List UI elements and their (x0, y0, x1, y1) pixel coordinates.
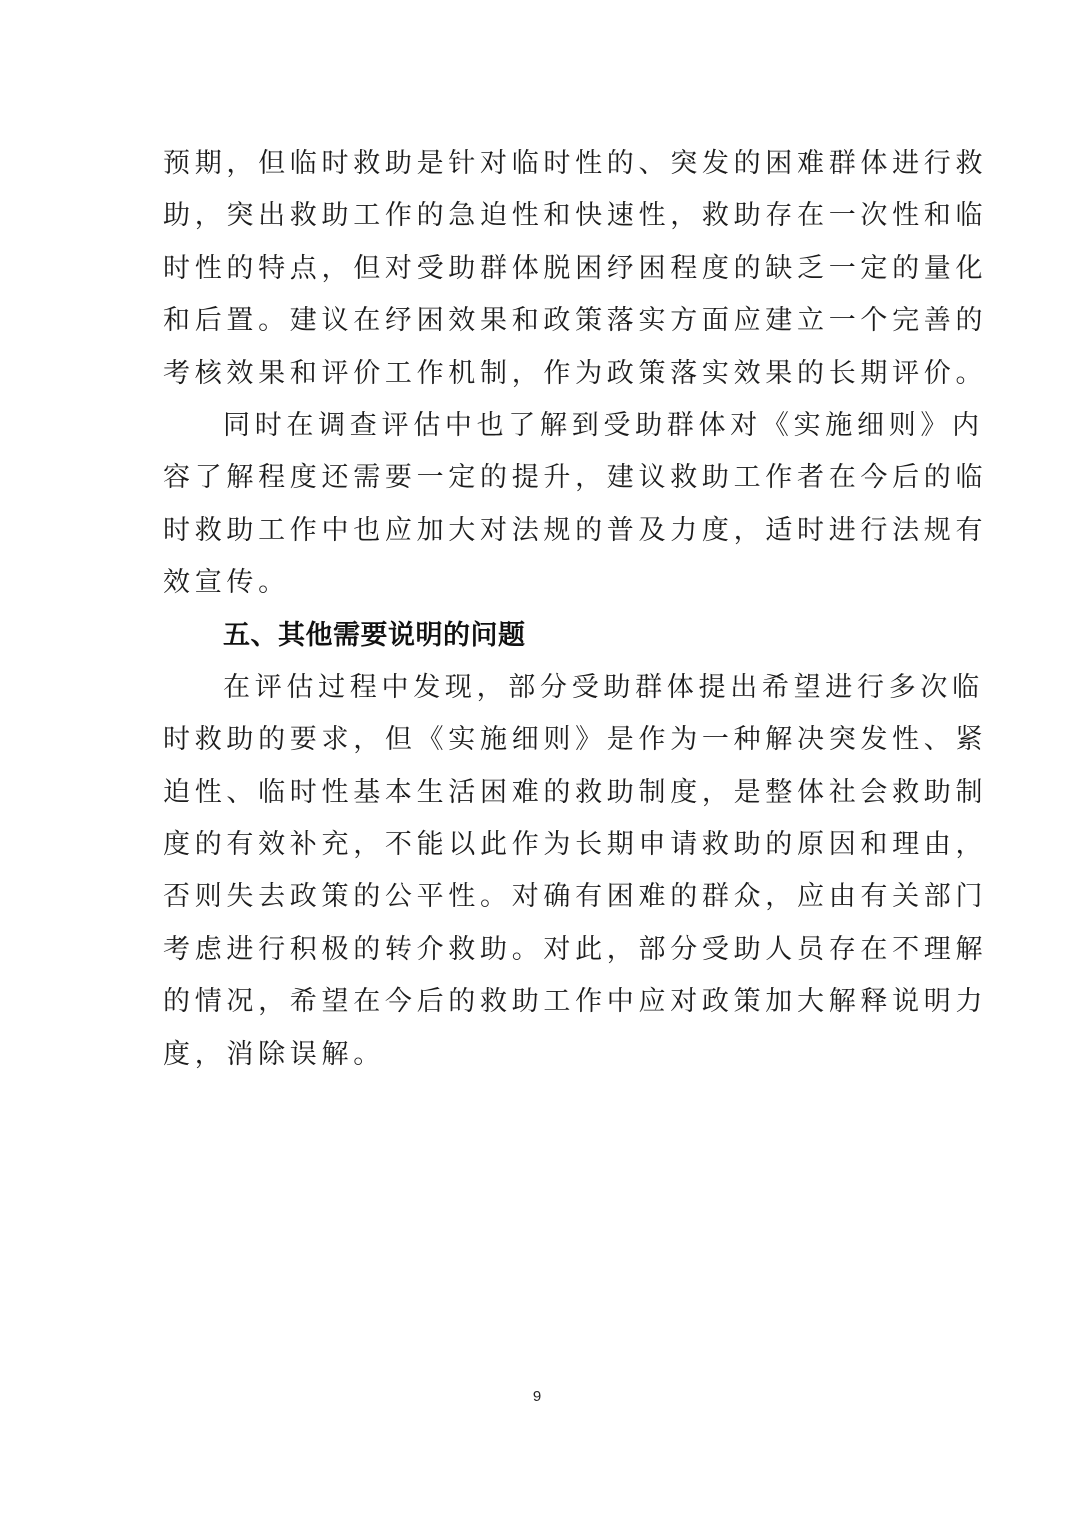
text-line: 考虑进行积极的转介救助。对此，部分受助人员存在不理解 (163, 924, 911, 976)
page-number: 9 (0, 1388, 1074, 1405)
text-line: 在评估过程中发现，部分受助群体提出希望进行多次临 (163, 662, 911, 714)
text-line: 效宣传。 (163, 557, 911, 609)
section-heading: 五、其他需要说明的问题 (163, 610, 911, 662)
text-line: 否则失去政策的公平性。对确有困难的群众，应由有关部门 (163, 871, 911, 923)
text-line: 度，消除误解。 (163, 1029, 911, 1081)
text-line: 和后置。建议在纾困效果和政策落实方面应建立一个完善的 (163, 295, 911, 347)
document-body: 预期，但临时救助是针对临时性的、突发的困难群体进行救 助，突出救助工作的急迫性和… (163, 138, 911, 1081)
document-page: 预期，但临时救助是针对临时性的、突发的困难群体进行救 助，突出救助工作的急迫性和… (0, 0, 1074, 1520)
text-line: 度的有效补充，不能以此作为长期申请救助的原因和理由， (163, 819, 911, 871)
text-line: 容了解程度还需要一定的提升，建议救助工作者在今后的临 (163, 452, 911, 504)
text-line: 时救助的要求，但《实施细则》是作为一种解决突发性、紧 (163, 714, 911, 766)
text-line: 时救助工作中也应加大对法规的普及力度，适时进行法规有 (163, 505, 911, 557)
text-line: 考核效果和评价工作机制，作为政策落实效果的长期评价。 (163, 348, 911, 400)
text-line: 的情况，希望在今后的救助工作中应对政策加大解释说明力 (163, 976, 911, 1028)
text-line: 时性的特点，但对受助群体脱困纾困程度的缺乏一定的量化 (163, 243, 911, 295)
text-line: 预期，但临时救助是针对临时性的、突发的困难群体进行救 (163, 138, 911, 190)
text-line: 迫性、临时性基本生活困难的救助制度，是整体社会救助制 (163, 767, 911, 819)
text-line: 同时在调查评估中也了解到受助群体对《实施细则》内 (163, 400, 911, 452)
text-line: 助，突出救助工作的急迫性和快速性，救助存在一次性和临 (163, 190, 911, 242)
paragraph-evaluation-suggestion: 预期，但临时救助是针对临时性的、突发的困难群体进行救 助，突出救助工作的急迫性和… (163, 138, 911, 400)
paragraph-publicity-suggestion: 同时在调查评估中也了解到受助群体对《实施细则》内 容了解程度还需要一定的提升，建… (163, 400, 911, 610)
paragraph-other-issues: 在评估过程中发现，部分受助群体提出希望进行多次临 时救助的要求，但《实施细则》是… (163, 662, 911, 1081)
